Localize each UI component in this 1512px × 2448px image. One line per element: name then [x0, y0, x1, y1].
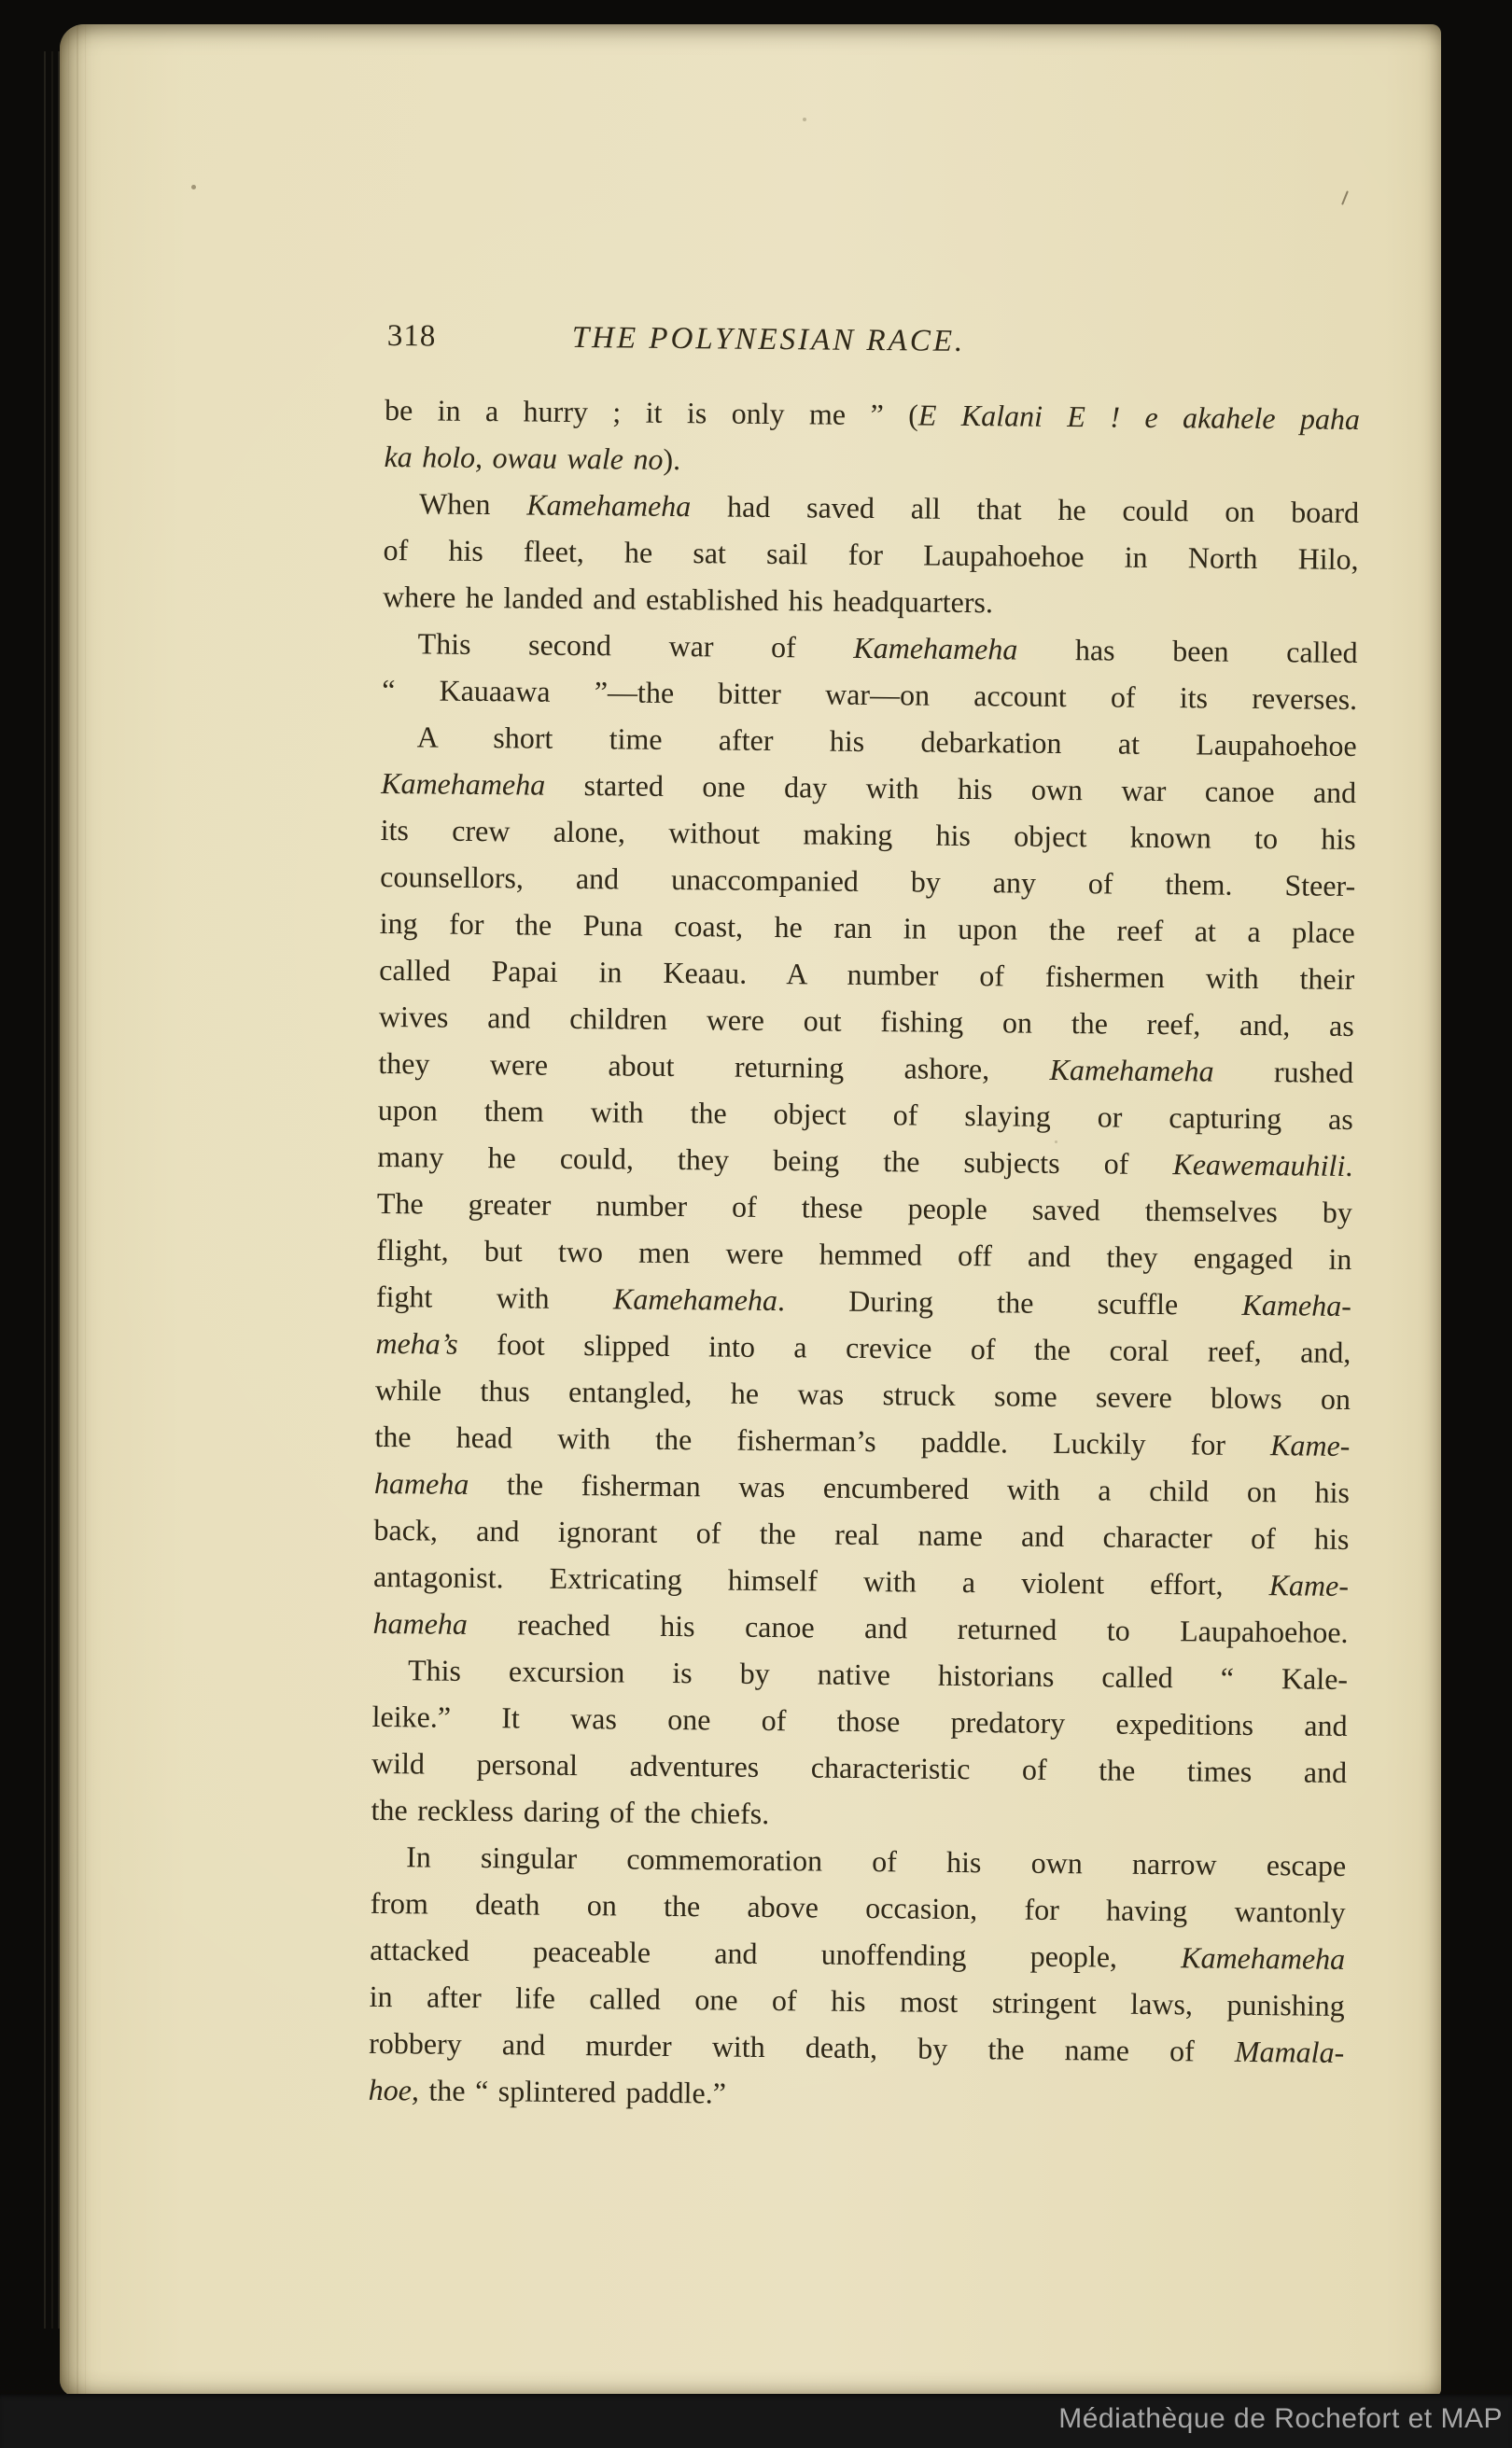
text-segment: fight with: [376, 1280, 613, 1315]
italic-text-segment: Kameha-: [1241, 1288, 1351, 1322]
text-segment: foot slipped into a crevice of the coral…: [458, 1327, 1351, 1369]
text-segment: flight, but two men were hemmed off and …: [376, 1233, 1351, 1276]
book-page: 318 THE POLYNESIAN RACE. be in a hurry ;…: [60, 24, 1441, 2397]
text-segment: of his fleet, he sat sail for Laupahoeho…: [383, 533, 1358, 576]
italic-text-segment: hameha: [374, 1466, 469, 1501]
italic-text-segment: hameha: [372, 1606, 468, 1641]
text-segment: antagonist. Extricating himself with a v…: [373, 1560, 1269, 1602]
text-segment: rushed: [1213, 1055, 1353, 1089]
text-segment: robbery and murder with death, by the na…: [369, 2026, 1235, 2068]
text-segment: .: [1345, 1149, 1352, 1182]
text-segment: be in a hurry ; it is only me ” (: [385, 393, 918, 431]
italic-text-segment: Kamehameha: [1181, 1940, 1345, 1976]
text-segment: This excursion is by native historians c…: [408, 1653, 1348, 1696]
italic-text-segment: Kame-: [1269, 1568, 1350, 1602]
text-segment: When: [419, 486, 527, 521]
text-segment: ).: [663, 442, 680, 476]
italic-text-segment: Mamala-: [1235, 2035, 1345, 2069]
text-segment: wild personal adventures characteristic …: [371, 1746, 1347, 1789]
italic-text-segment: Kamehameha: [1049, 1053, 1213, 1088]
text-segment: “ Kauaawa ”—the bitter war—on account of…: [382, 673, 1357, 716]
text-segment: had saved all that he could on board: [691, 489, 1359, 529]
watermark-text: Médiathèque de Rochefort et MAP: [1058, 2394, 1503, 2448]
text-segment: the fisherman was encumbered with a chil…: [469, 1467, 1350, 1509]
italic-text-segment: Keawemauhili: [1172, 1147, 1345, 1182]
text-segment: The greater number of these people saved…: [377, 1186, 1352, 1229]
italic-text-segment: Kamehameha: [526, 487, 691, 523]
text-segment: where he landed and established his head…: [383, 580, 993, 619]
text-segment: counsellors, and unaccompanied by any of…: [380, 860, 1355, 902]
text-segment: This second war of: [417, 626, 853, 664]
text-segment: back, and ignorant of the real name and …: [373, 1513, 1349, 1556]
italic-text-segment: Kamehameha: [853, 631, 1017, 666]
italic-text-segment: hoe,: [369, 2073, 420, 2107]
text-segment: upon them with the object of slaying or …: [378, 1093, 1353, 1136]
page-stack-edges: [39, 51, 62, 2329]
italic-text-segment: Kamehameha: [381, 766, 545, 802]
text-segment: many he could, they being the subjects o…: [377, 1140, 1172, 1181]
text-segment: the reckless daring of the chiefs.: [371, 1793, 769, 1830]
watermark-bar: Médiathèque de Rochefort et MAP: [0, 2394, 1512, 2448]
text-segment: . During the scuffle: [777, 1283, 1242, 1322]
text-segment: its crew alone, without making his objec…: [381, 813, 1356, 856]
page-header: 318 THE POLYNESIAN RACE.: [385, 317, 1361, 371]
text-segment: they were about returning ashore,: [378, 1046, 1050, 1086]
text-segment: called Papai in Keaau. A number of fishe…: [379, 953, 1354, 996]
text-segment: the “ splintered paddle.”: [419, 2073, 726, 2109]
scan-speck: [803, 118, 806, 121]
text-segment: A short time after his debarkation at La…: [417, 720, 1357, 762]
running-header: THE POLYNESIAN RACE.: [572, 319, 966, 360]
text-segment: wives and children were out fishing on t…: [379, 1000, 1354, 1042]
text-segment: attacked peaceable and unoffending peopl…: [370, 1933, 1181, 1974]
text-segment: In singular commemoration of his own nar…: [406, 1839, 1346, 1882]
italic-text-segment: Kamehameha: [613, 1281, 777, 1317]
text-line: hoe, the “ splintered paddle.”: [369, 2066, 1344, 2122]
text-segment: has been called: [1017, 633, 1358, 669]
italic-text-segment: E Kalani E ! e akahele paha: [918, 398, 1361, 436]
text-segment: in after life called one of his most str…: [370, 1979, 1345, 2022]
page-content: 318 THE POLYNESIAN RACE. be in a hurry ;…: [369, 317, 1361, 2122]
text-segment: leike.” It was one of those predatory ex…: [371, 1700, 1347, 1742]
pen-mark-artifact: [1341, 190, 1349, 205]
scan-background: 318 THE POLYNESIAN RACE. be in a hurry ;…: [0, 0, 1512, 2448]
text-segment: from death on the above occasion, for ha…: [371, 1886, 1346, 1929]
text-segment: the head with the fisherman’s paddle. Lu…: [374, 1420, 1270, 1462]
italic-text-segment: meha’s: [375, 1326, 458, 1361]
scan-speck: [191, 185, 196, 189]
page-body: be in a hurry ; it is only me ” (E Kalan…: [369, 386, 1361, 2122]
text-segment: ing for the Puna coast, he ran in upon t…: [380, 906, 1355, 949]
text-segment: started one day with his own war canoe a…: [545, 768, 1356, 809]
text-segment: reached his canoe and returned to Laupah…: [468, 1607, 1349, 1649]
text-segment: while thus entangled, he was struck some…: [375, 1373, 1351, 1416]
italic-text-segment: Kame-: [1270, 1428, 1351, 1462]
page-number: 318: [387, 317, 437, 356]
italic-text-segment: ka holo, owau wale no: [384, 440, 663, 476]
